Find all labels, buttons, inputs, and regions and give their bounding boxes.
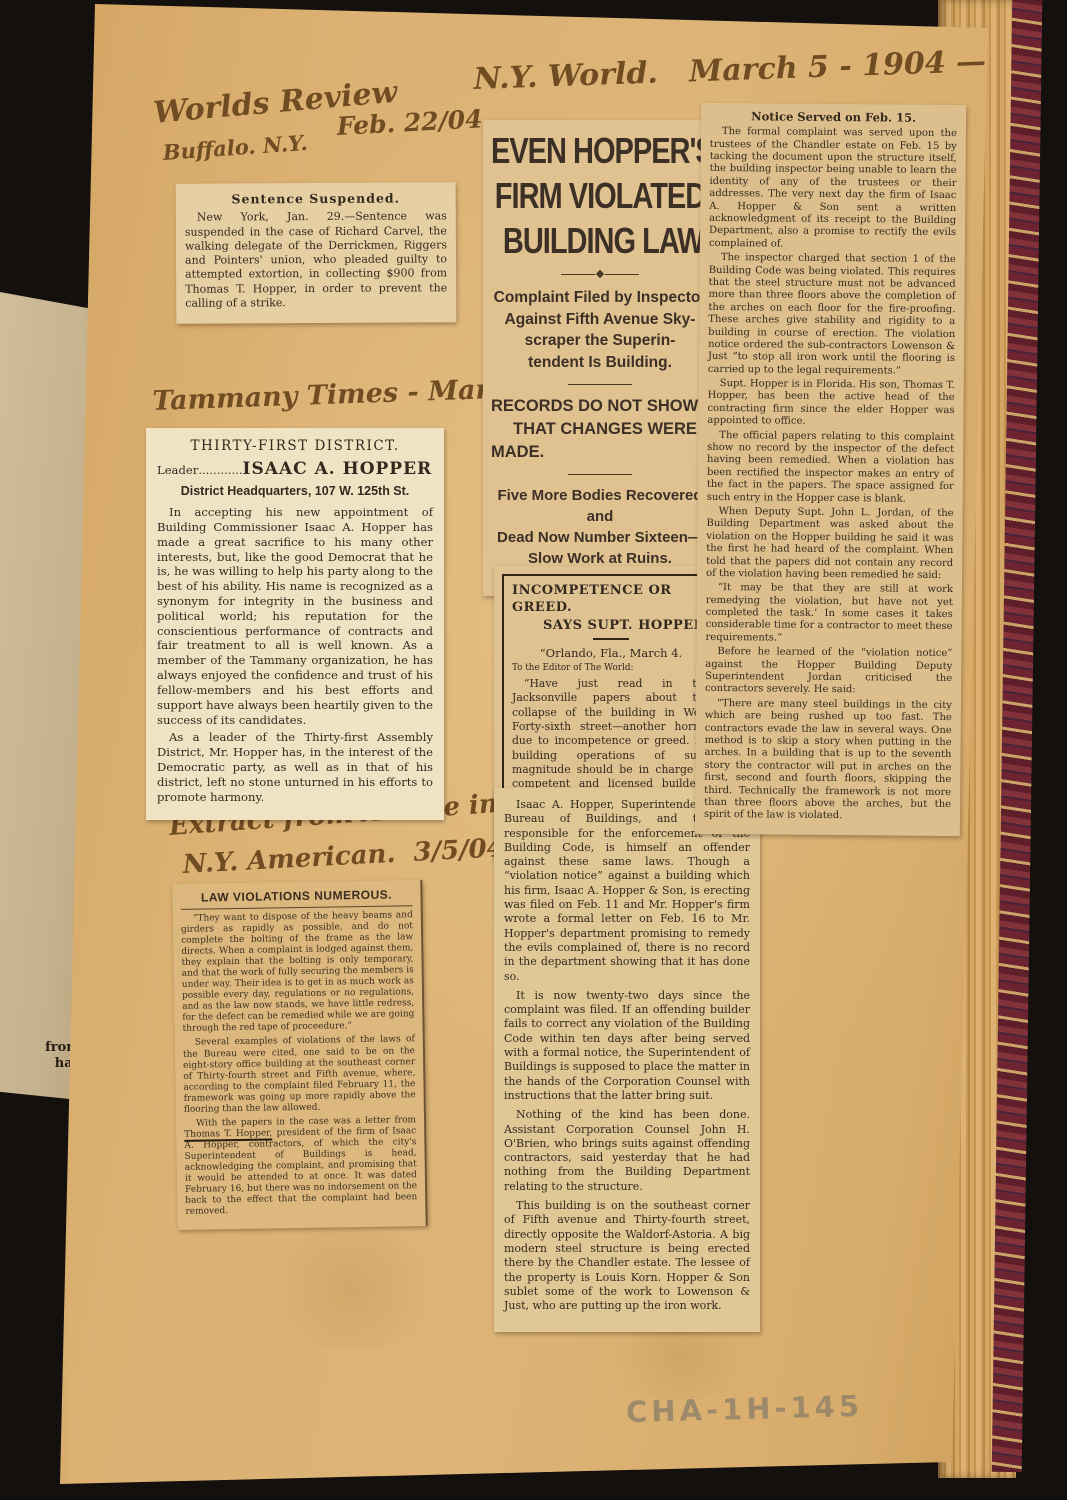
clipping-title: Sentence Suspended. (185, 190, 447, 208)
clipping-title: THIRTY-FIRST DISTRICT. (157, 438, 433, 455)
page-stain (250, 1230, 450, 1350)
paragraph: The official papers relating to this com… (707, 430, 955, 506)
annotation-worlds-review-title: Worlds Review (152, 75, 399, 131)
clipping-title: LAW VIOLATIONS NUMEROUS. (180, 887, 412, 909)
scrapbook-scan: from has Worlds Review Buffalo. N.Y. Feb… (0, 0, 1067, 1500)
annotation-worlds-review-location: Buffalo. N.Y. (162, 130, 308, 165)
leader-label: Leader (157, 463, 198, 478)
letter-title-line: INCOMPETENCE OR GREED. (512, 582, 710, 617)
rule-divider (568, 384, 632, 385)
clipping-thirty-first-district: THIRTY-FIRST DISTRICT. Leader ..........… (146, 428, 444, 820)
underlined-name: Thomas T. Hopper, (184, 1128, 272, 1141)
paragraph: With the papers in the case was a letter… (184, 1115, 418, 1218)
annotation-tammany-times: Tammany Times - Mar. 5/04 (152, 371, 573, 417)
deck-line: Five More Bodies Recovered and (491, 485, 709, 527)
clipping-main-column: Isaac A. Hopper, Superintendent of the B… (494, 788, 760, 1332)
leader-line: Leader ............ ISAAC A. HOPPER (157, 459, 433, 481)
paragraph: This building is on the southeast corner… (504, 1199, 750, 1313)
paragraph: “It may be that they are still at work r… (705, 582, 953, 646)
deck-line: Complaint Filed by Inspector (491, 287, 709, 309)
leader-dots: ............ (198, 463, 242, 478)
paragraph: Nothing of the kind has been done. Assis… (504, 1108, 750, 1194)
letter-signature: “ISAAC A. HOPPER.” (512, 822, 710, 837)
paragraph: In accepting his new appointment of Buil… (157, 505, 433, 727)
ornament-divider (491, 271, 709, 277)
letter-box-frame: INCOMPETENCE OR GREED. SAYS SUPT. HOPPER… (502, 574, 720, 853)
annotation-worlds-review-date: Feb. 22/04 (336, 104, 483, 141)
deck-line: RECORDS DO NOT SHOW (491, 395, 709, 418)
letter-body: “Have just read in the Jacksonville pape… (512, 677, 710, 821)
letter-title-line: SAYS SUPT. HOPPER. (512, 617, 710, 634)
paragraph: Several examples of violations of the la… (183, 1035, 416, 1116)
annotation-ny-world: N.Y. World. March 5 - 1904 — (473, 44, 987, 97)
rule-divider (568, 579, 632, 580)
page-stain (815, 445, 875, 515)
paragraph-text: With the papers in the case was a letter… (196, 1115, 416, 1128)
letter-salutation: To the Editor of The World: (512, 663, 710, 675)
clipping-law-violations: LAW VIOLATIONS NUMEROUS. “They want to d… (172, 880, 427, 1230)
paragraph: Before he learned of the “violation noti… (705, 646, 952, 698)
deck-line: Slow Work at Ruins. (491, 548, 709, 569)
paragraph: The formal complaint was served upon the… (709, 126, 957, 252)
deck-line: tendent Is Building. (491, 352, 709, 374)
paragraph: The inspector charged that section 1 of … (708, 252, 956, 378)
annotation-ny-american-line1: Extract from Article in (168, 789, 499, 842)
page-stain (600, 1310, 760, 1400)
deck-line: THAT CHANGES WERE MADE. (491, 420, 697, 461)
paragraph: “They want to dispose of the heavy beams… (181, 910, 415, 1035)
clipping-right-column: Notice Served on Feb. 15. The formal com… (695, 103, 966, 836)
leader-name: ISAAC A. HOPPER (243, 459, 433, 481)
scrapbook-page: Worlds Review Buffalo. N.Y. Feb. 22/04 N… (0, 0, 1067, 1500)
annotation-ny-american-line2: N.Y. American. 3/5/04 (182, 833, 505, 880)
headline-line: FIRM VIOLATED (491, 177, 709, 218)
clipping-body: New York, Jan. 29.—Sentence was suspende… (185, 210, 448, 311)
headline-line: BUILDING LAW. (491, 222, 709, 263)
clipping-even-hoppers-headline: EVEN HOPPER'S FIRM VIOLATED BUILDING LAW… (483, 120, 717, 596)
rule-divider (568, 474, 632, 475)
clipping-sentence-suspended: Sentence Suspended. New York, Jan. 29.—S… (176, 182, 457, 324)
headline-line: EVEN HOPPER'S (491, 132, 709, 173)
district-headquarters: District Headquarters, 107 W. 125th St. (157, 483, 433, 499)
paragraph: When Deputy Supt. John L. Jordan, of the… (706, 506, 954, 582)
paragraph: As a leader of the Thirty-first Assembly… (157, 730, 433, 804)
deck-line: Against Fifth Avenue Sky- (491, 309, 709, 331)
letter-dateline: “Orlando, Fla., March 4. (512, 646, 710, 661)
paragraph: “There are many steel buildings in the c… (704, 698, 952, 824)
section-title: Notice Served on Feb. 15. (710, 109, 957, 125)
archival-code: CHA-1H-145 (626, 1389, 864, 1429)
paragraph: Isaac A. Hopper, Superintendent of the B… (504, 798, 750, 984)
clipping-incompetence-letter: INCOMPETENCE OR GREED. SAYS SUPT. HOPPER… (494, 566, 728, 861)
paragraph: It is now twenty-two days since the comp… (504, 989, 750, 1103)
paragraph-text: president of the firm of Isaac A. Hopper… (184, 1126, 417, 1217)
rule-divider (593, 638, 629, 640)
paragraph: Supt. Hopper is in Florida. His son, Tho… (707, 378, 954, 430)
deck-line: scraper the Superin- (491, 330, 709, 352)
deck-line: Dead Now Number Sixteen— (491, 527, 709, 548)
